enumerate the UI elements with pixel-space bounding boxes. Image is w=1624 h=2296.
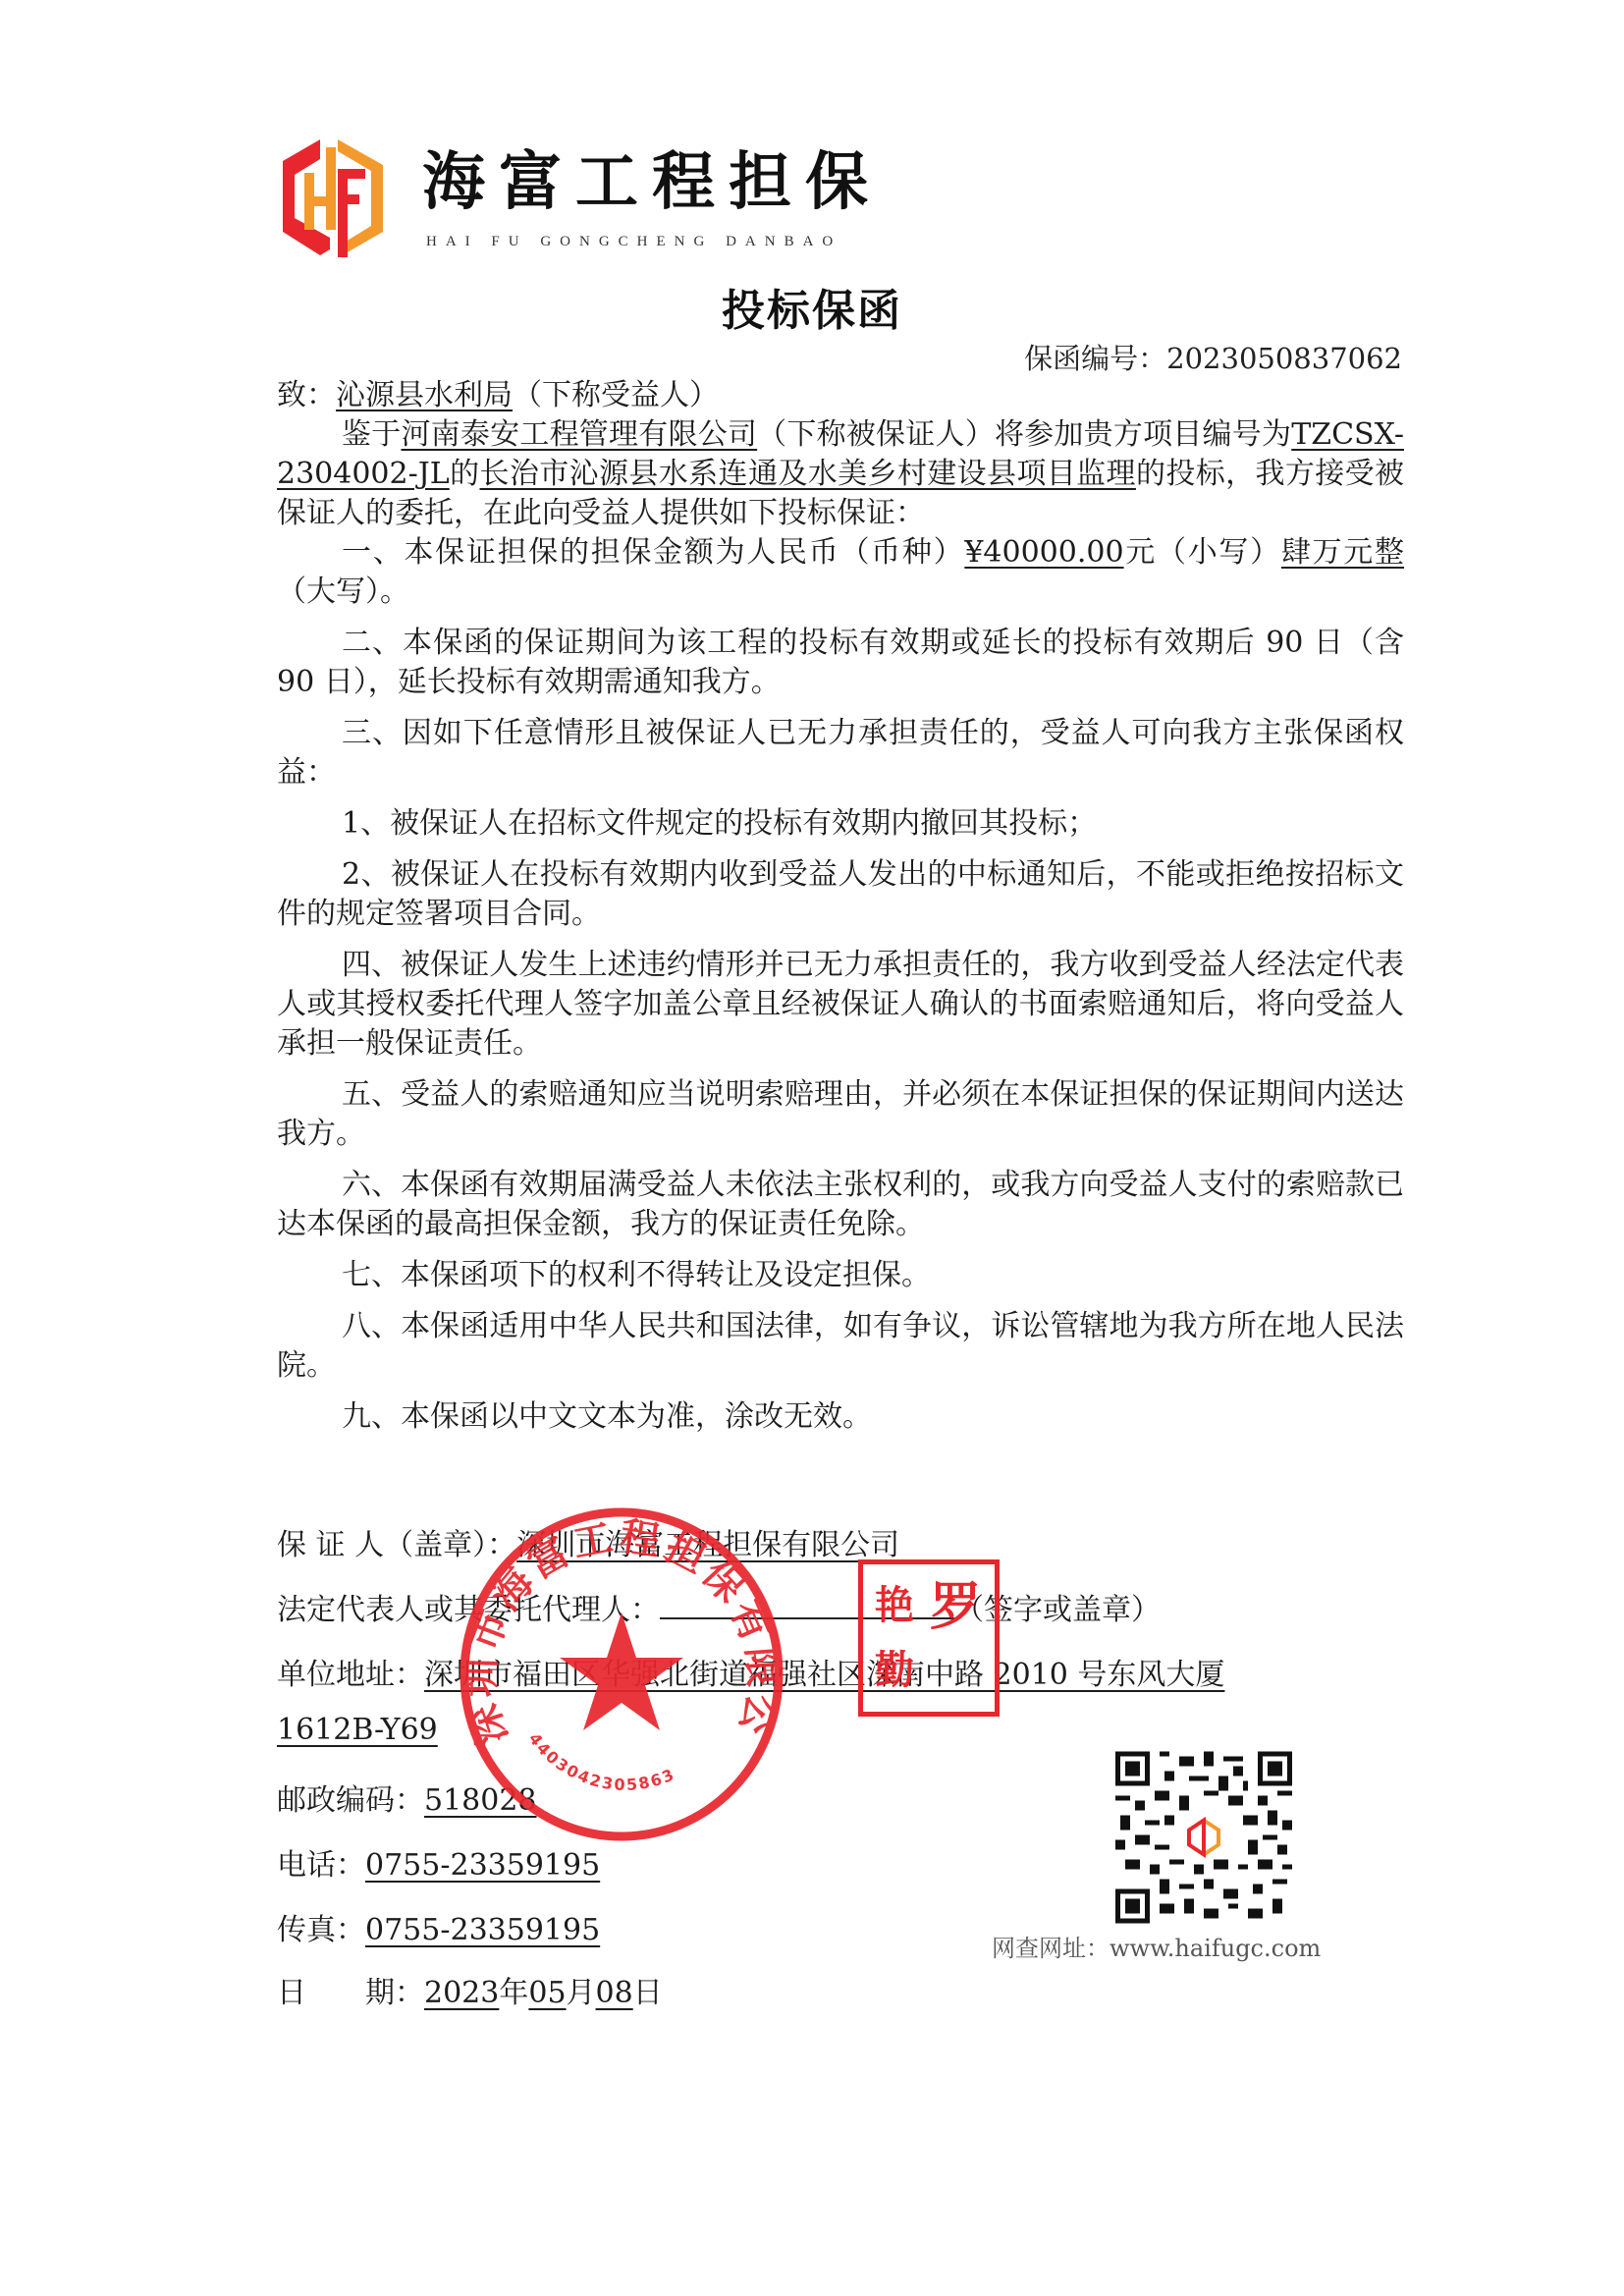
- intro-suffix: 的投标，: [1136, 457, 1256, 491]
- guarantee-amount-words: 肆万元: [1281, 535, 1375, 570]
- date-label: 日 期：: [277, 1976, 424, 2010]
- intro-mid: （下称被保证人）将参加贵方项目编号为: [757, 417, 1291, 452]
- date-day-unit: 日: [633, 1976, 663, 2010]
- fax-value: 0755-23359195: [365, 1913, 600, 1947]
- intro-prefix: 鉴于: [342, 417, 401, 452]
- document-title: 投标保函: [0, 275, 1624, 338]
- postcode-label: 邮政编码：: [277, 1783, 424, 1818]
- intro-paragraph: 鉴于河南泰安工程管理有限公司（下称被保证人）将参加贵方项目编号为TZCSX-23…: [277, 415, 1404, 533]
- svg-text:深圳市海富工程担保有限公司: 深圳市海富工程担保有限公司: [440, 1493, 785, 1750]
- guarantee-number-label: 保函编号：: [1024, 342, 1166, 375]
- clause-8: 八、本保函适用中华人民共和国法律，如有争议，诉讼管辖地为我方所在地人民法院。: [277, 1307, 1404, 1386]
- clause-1: 一、本保证担保的担保金额为人民币（币种）¥40000.00元（小写）肆万元整（大…: [277, 533, 1404, 612]
- project-name: 长治市沁源县水系连通及水美乡村建设县项目监理: [479, 457, 1135, 491]
- representative-name-stamp: 罗 艳 勤: [858, 1559, 1000, 1717]
- guarantee-amount-words-end: 整: [1375, 535, 1404, 570]
- clause-3-item-2: 2、被保证人在投标有效期内收到受益人发出的中标通知后，不能或拒绝按招标文件的规定…: [277, 855, 1404, 934]
- fax-label: 传真：: [277, 1913, 365, 1947]
- qr-caption: 网查网址：www.haifugc.com: [992, 1929, 1321, 1963]
- clause-4: 四、被保证人发生上述违约情形并已无力承担责任的，我方收到受益人经法定代表人或其授…: [277, 946, 1404, 1064]
- verification-qr-code[interactable]: [1115, 1751, 1292, 1924]
- clause-9: 九、本保函以中文文本为准，涂改无效。: [277, 1397, 1404, 1437]
- addressee: 致：沁源县水利局（下称受益人）: [277, 376, 1404, 415]
- fax-line: 传真：0755-23359195: [277, 1905, 600, 1948]
- date-year-unit: 年: [499, 1976, 528, 2010]
- address-label: 单位地址：: [277, 1658, 424, 1692]
- address-line-2: 1612B-Y69: [277, 1713, 438, 1747]
- guarantee-number-value: 2023050837062: [1166, 342, 1402, 375]
- clause-1-mid: 元（小写）: [1124, 535, 1281, 570]
- clause-3-item-1: 1、被保证人在招标文件规定的投标有效期内撤回其投标；: [277, 804, 1404, 844]
- seal-company-text: 深圳市海富工程担保有限公司: [440, 1493, 785, 1750]
- phone-value: 0755-23359195: [365, 1848, 600, 1883]
- phone-line: 电话：0755-23359195: [277, 1840, 600, 1884]
- clause-6: 六、本保函有效期届满受益人未依法主张权利的，或我方向受益人支付的索赔款已达本保函…: [277, 1166, 1404, 1244]
- company-logo: 海富工程担保 HAI FU GONGCHENG DANBAO: [277, 130, 886, 267]
- svg-text:4403042305863: 4403042305863: [525, 1729, 678, 1794]
- address-value-2: 1612B-Y69: [277, 1713, 438, 1747]
- date-month-unit: 月: [567, 1976, 596, 2010]
- phone-label: 电话：: [277, 1848, 365, 1883]
- intro-de: 的: [450, 457, 480, 491]
- clause-1-suffix: （大写）。: [277, 574, 409, 609]
- guarantee-amount: ¥40000.00: [964, 535, 1123, 570]
- guarantee-number: 保函编号：2023050837062: [1024, 337, 1402, 377]
- document-body: 致：沁源县水利局（下称受益人） 鉴于河南泰安工程管理有限公司（下称被保证人）将参…: [277, 376, 1404, 1437]
- brand-name-en: HAI FU GONGCHENG DANBAO: [426, 234, 841, 250]
- seal-code-text: 4403042305863: [525, 1729, 678, 1794]
- date-year: 2023: [424, 1976, 499, 2010]
- date-line: 日 期：2023年05月08日: [277, 1968, 663, 2011]
- stamp-char-1: 罗: [930, 1582, 981, 1633]
- stamp-char-3: 勤: [875, 1651, 914, 1690]
- addressee-label: 致：: [277, 378, 336, 412]
- clause-7: 七、本保函项下的权利不得转让及设定担保。: [277, 1256, 1404, 1295]
- beneficiary-name: 沁源县水利局: [336, 378, 513, 412]
- seal-star-icon: [560, 1613, 683, 1730]
- clause-2: 二、本保函的保证期间为该工程的投标有效期或延长的投标有效期后 90 日（含 90…: [277, 624, 1404, 702]
- clause-3: 三、因如下任意情形且被保证人已无力承担责任的，受益人可向我方主张保函权益：: [277, 714, 1404, 793]
- date-month: 05: [528, 1976, 566, 2010]
- date-day: 08: [596, 1976, 633, 2010]
- hf-logo-icon: [277, 134, 390, 261]
- applicant-name: 河南泰安工程管理有限公司: [401, 417, 757, 452]
- clause-1-prefix: 一、本保证担保的担保金额为人民币（币种）: [342, 535, 964, 570]
- beneficiary-note: （下称受益人）: [513, 378, 719, 412]
- company-seal: 深圳市海富工程担保有限公司 4403042305863: [440, 1493, 803, 1846]
- stamp-char-2: 艳: [875, 1586, 914, 1625]
- brand-name-cn: 海富工程担保: [422, 151, 882, 214]
- clause-5: 五、受益人的索赔通知应当说明索赔理由，并必须在本保证担保的保证期间内送达我方。: [277, 1075, 1404, 1154]
